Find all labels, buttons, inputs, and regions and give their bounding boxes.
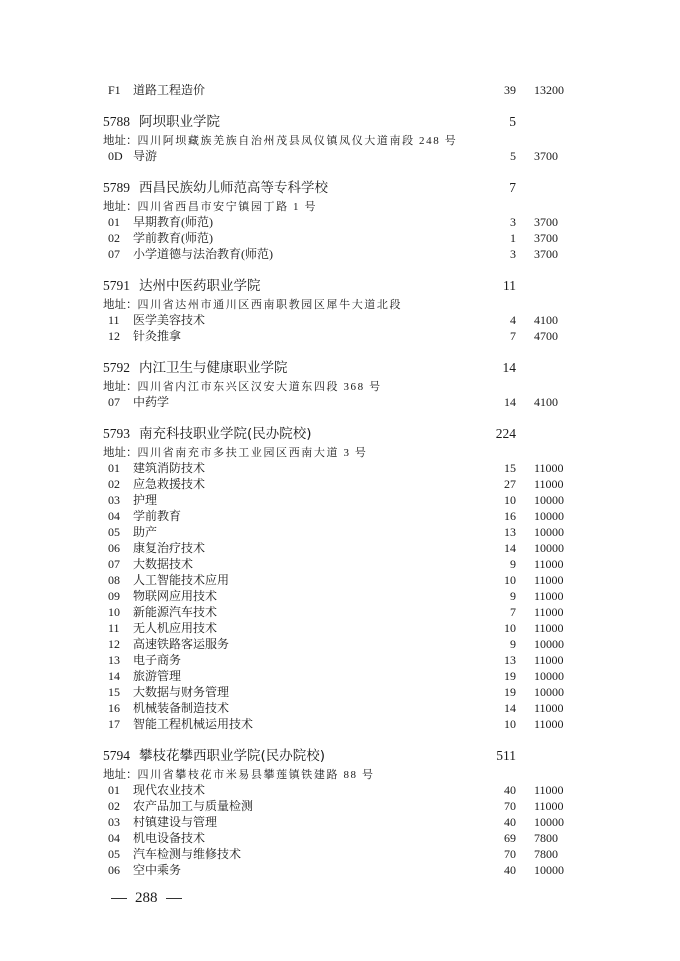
major-row: 03村镇建设与管理4010000 [103, 814, 583, 830]
major-code: 03 [108, 814, 120, 830]
major-name: 高速铁路客运服务 [133, 636, 229, 652]
address-text: 四川省南充市多扶工业园区西南大道 3 号 [138, 447, 368, 459]
major-name: 汽车检测与维修技术 [133, 846, 241, 862]
school-code: 5789 [103, 178, 130, 198]
school-name: 达州中医药职业学院 [139, 276, 261, 296]
major-name: 农产品加工与质量检测 [133, 798, 253, 814]
major-count: 19 [476, 684, 516, 700]
major-name: 中药学 [133, 394, 169, 410]
major-fee: 11000 [534, 716, 564, 732]
major-fee: 11000 [534, 476, 564, 492]
school-header: 5789西昌民族幼儿师范高等专科学校7 [103, 178, 583, 198]
school-block: 5788阿坝职业学院5地址：四川阿坝藏族羌族自治州茂县凤仪镇凤仪大道南段 248… [103, 112, 583, 164]
major-count: 14 [476, 394, 516, 410]
address-label: 地址： [103, 445, 138, 459]
page-footer: 288 [103, 890, 190, 907]
major-fee: 4100 [534, 312, 558, 328]
major-code: 07 [108, 246, 120, 262]
major-name: 护理 [133, 492, 157, 508]
major-fee: 10000 [534, 684, 564, 700]
major-count: 10 [476, 492, 516, 508]
major-fee: 10000 [534, 636, 564, 652]
major-name: 学前教育(师范) [133, 230, 213, 246]
school-header: 5792内江卫生与健康职业学院14 [103, 358, 583, 378]
major-count: 14 [476, 540, 516, 556]
major-count: 14 [476, 700, 516, 716]
major-code: 13 [108, 652, 120, 668]
major-count: 13 [476, 524, 516, 540]
school-address: 地址：四川省达州市通川区西南职教园区犀牛大道北段 [103, 296, 583, 312]
major-count: 5 [476, 148, 516, 164]
major-count: 9 [476, 556, 516, 572]
major-name: 人工智能技术应用 [133, 572, 229, 588]
major-code: 05 [108, 524, 120, 540]
address-text: 四川省攀枝花市米易县攀莲镇铁建路 88 号 [138, 769, 375, 781]
major-count: 9 [476, 588, 516, 604]
school-block: 5791达州中医药职业学院11地址：四川省达州市通川区西南职教园区犀牛大道北段1… [103, 276, 583, 344]
major-name: 学前教育 [133, 508, 181, 524]
major-count: 7 [476, 604, 516, 620]
major-code: 06 [108, 862, 120, 878]
major-row: 16机械装备制造技术1411000 [103, 700, 583, 716]
major-count: 10 [476, 716, 516, 732]
major-fee: 4700 [534, 328, 558, 344]
major-name: 空中乘务 [133, 862, 181, 878]
major-fee: 11000 [534, 782, 564, 798]
school-name: 西昌民族幼儿师范高等专科学校 [139, 178, 328, 198]
major-row: 01早期教育(师范)33700 [103, 214, 583, 230]
major-code: 15 [108, 684, 120, 700]
school-total: 14 [476, 358, 516, 378]
school-block: 5792内江卫生与健康职业学院14地址：四川省内江市东兴区汉安大道东四段 368… [103, 358, 583, 410]
major-fee: 3700 [534, 148, 558, 164]
school-address: 地址：四川省西昌市安宁镇园丁路 1 号 [103, 198, 583, 214]
major-count: 9 [476, 636, 516, 652]
major-code: 01 [108, 214, 120, 230]
major-fee: 10000 [534, 508, 564, 524]
major-name: 机械装备制造技术 [133, 700, 229, 716]
major-code: 02 [108, 476, 120, 492]
major-row: 09物联网应用技术911000 [103, 588, 583, 604]
major-name: 建筑消防技术 [133, 460, 205, 476]
major-code: 03 [108, 492, 120, 508]
major-count: 40 [476, 862, 516, 878]
major-fee: 10000 [534, 540, 564, 556]
major-code: 0D [108, 148, 123, 164]
major-name: 早期教育(师范) [133, 214, 213, 230]
school-block: 5793南充科技职业学院(民办院校)224地址：四川省南充市多扶工业园区西南大道… [103, 424, 583, 732]
major-count: 69 [476, 830, 516, 846]
major-row: 07小学道德与法治教育(师范)33700 [103, 246, 583, 262]
major-row: 14旅游管理1910000 [103, 668, 583, 684]
school-code: 5794 [103, 746, 130, 766]
major-count: 15 [476, 460, 516, 476]
major-code: 12 [108, 328, 120, 344]
school-address: 地址：四川省攀枝花市米易县攀莲镇铁建路 88 号 [103, 766, 583, 782]
address-label: 地址： [103, 297, 138, 311]
major-name: 智能工程机械运用技术 [133, 716, 253, 732]
major-count: 7 [476, 328, 516, 344]
major-code: 14 [108, 668, 120, 684]
major-fee: 10000 [534, 862, 564, 878]
major-code: 07 [108, 394, 120, 410]
enrollment-listing: F1道路工程造价39132005788阿坝职业学院5地址：四川阿坝藏族羌族自治州… [103, 82, 583, 878]
major-count: 4 [476, 312, 516, 328]
school-total: 7 [476, 178, 516, 198]
school-total: 511 [476, 746, 516, 766]
major-count: 70 [476, 798, 516, 814]
school-name: 南充科技职业学院(民办院校) [139, 424, 312, 444]
major-row: 02农产品加工与质量检测7011000 [103, 798, 583, 814]
major-name: 物联网应用技术 [133, 588, 217, 604]
major-row: 06康复治疗技术1410000 [103, 540, 583, 556]
address-label: 地址： [103, 767, 138, 781]
major-fee: 3700 [534, 230, 558, 246]
major-code: 04 [108, 830, 120, 846]
major-name: 机电设备技术 [133, 830, 205, 846]
major-fee: 4100 [534, 394, 558, 410]
major-fee: 11000 [534, 604, 564, 620]
major-fee: 3700 [534, 214, 558, 230]
major-fee: 7800 [534, 846, 558, 862]
major-code: 11 [108, 620, 120, 636]
major-row: 13电子商务1311000 [103, 652, 583, 668]
major-fee: 11000 [534, 556, 564, 572]
school-block: 5794攀枝花攀西职业学院(民办院校)511地址：四川省攀枝花市米易县攀莲镇铁建… [103, 746, 583, 878]
major-name: 新能源汽车技术 [133, 604, 217, 620]
major-fee: 10000 [534, 814, 564, 830]
address-label: 地址： [103, 199, 138, 213]
school-code: 5788 [103, 112, 130, 132]
major-fee: 13200 [534, 82, 564, 98]
major-fee: 10000 [534, 668, 564, 684]
major-count: 27 [476, 476, 516, 492]
major-count: 40 [476, 814, 516, 830]
major-fee: 11000 [534, 700, 564, 716]
school-total: 224 [476, 424, 516, 444]
major-row: 11医学美容技术44100 [103, 312, 583, 328]
major-row: 01建筑消防技术1511000 [103, 460, 583, 476]
major-fee: 11000 [534, 620, 564, 636]
school-block: F1道路工程造价3913200 [103, 82, 583, 98]
major-fee: 3700 [534, 246, 558, 262]
major-row: 07中药学144100 [103, 394, 583, 410]
school-header: 5791达州中医药职业学院11 [103, 276, 583, 296]
major-fee: 11000 [534, 798, 564, 814]
major-count: 1 [476, 230, 516, 246]
major-row: 06空中乘务4010000 [103, 862, 583, 878]
major-count: 19 [476, 668, 516, 684]
major-row: 12针灸推拿74700 [103, 328, 583, 344]
major-row: 11无人机应用技术1011000 [103, 620, 583, 636]
major-row: 04学前教育1610000 [103, 508, 583, 524]
major-count: 70 [476, 846, 516, 862]
major-row: 05助产1310000 [103, 524, 583, 540]
major-row: 15大数据与财务管理1910000 [103, 684, 583, 700]
address-text: 四川省西昌市安宁镇园丁路 1 号 [138, 201, 318, 213]
major-code: 08 [108, 572, 120, 588]
major-name: 应急救援技术 [133, 476, 205, 492]
school-address: 地址：四川阿坝藏族羌族自治州茂县凤仪镇凤仪大道南段 248 号 [103, 132, 583, 148]
major-code: F1 [108, 82, 121, 98]
major-fee: 7800 [534, 830, 558, 846]
school-name: 内江卫生与健康职业学院 [139, 358, 288, 378]
major-code: 02 [108, 230, 120, 246]
major-count: 10 [476, 572, 516, 588]
major-code: 05 [108, 846, 120, 862]
school-header: 5788阿坝职业学院5 [103, 112, 583, 132]
major-fee: 11000 [534, 588, 564, 604]
school-code: 5792 [103, 358, 130, 378]
major-count: 3 [476, 246, 516, 262]
major-row: 04机电设备技术697800 [103, 830, 583, 846]
major-code: 01 [108, 782, 120, 798]
school-code: 5793 [103, 424, 130, 444]
school-name: 阿坝职业学院 [139, 112, 220, 132]
school-total: 5 [476, 112, 516, 132]
address-text: 四川阿坝藏族羌族自治州茂县凤仪镇凤仪大道南段 248 号 [138, 135, 458, 147]
major-name: 导游 [133, 148, 157, 164]
major-count: 13 [476, 652, 516, 668]
major-code: 01 [108, 460, 120, 476]
major-row: 03护理1010000 [103, 492, 583, 508]
major-fee: 11000 [534, 652, 564, 668]
major-code: 16 [108, 700, 120, 716]
major-name: 医学美容技术 [133, 312, 205, 328]
major-row: 02应急救援技术2711000 [103, 476, 583, 492]
page-number: 288 [135, 890, 158, 906]
major-row: 0D导游53700 [103, 148, 583, 164]
major-name: 小学道德与法治教育(师范) [133, 246, 273, 262]
major-row: 01现代农业技术4011000 [103, 782, 583, 798]
school-address: 地址：四川省南充市多扶工业园区西南大道 3 号 [103, 444, 583, 460]
address-text: 四川省达州市通川区西南职教园区犀牛大道北段 [138, 299, 403, 311]
major-code: 02 [108, 798, 120, 814]
major-row: 10新能源汽车技术711000 [103, 604, 583, 620]
major-code: 06 [108, 540, 120, 556]
major-name: 现代农业技术 [133, 782, 205, 798]
major-code: 09 [108, 588, 120, 604]
major-row: 07大数据技术911000 [103, 556, 583, 572]
footer-dash-right [166, 898, 182, 899]
major-row: 08人工智能技术应用1011000 [103, 572, 583, 588]
major-code: 12 [108, 636, 120, 652]
school-total: 11 [476, 276, 516, 296]
major-name: 电子商务 [133, 652, 181, 668]
address-label: 地址： [103, 379, 138, 393]
major-row: 02学前教育(师范)13700 [103, 230, 583, 246]
school-header: 5793南充科技职业学院(民办院校)224 [103, 424, 583, 444]
major-count: 16 [476, 508, 516, 524]
major-name: 大数据技术 [133, 556, 193, 572]
major-code: 17 [108, 716, 120, 732]
major-name: 村镇建设与管理 [133, 814, 217, 830]
major-row: 12高速铁路客运服务910000 [103, 636, 583, 652]
document-page: F1道路工程造价39132005788阿坝职业学院5地址：四川阿坝藏族羌族自治州… [0, 0, 680, 961]
major-name: 助产 [133, 524, 157, 540]
major-fee: 11000 [534, 460, 564, 476]
major-name: 旅游管理 [133, 668, 181, 684]
major-row: 17智能工程机械运用技术1011000 [103, 716, 583, 732]
school-address: 地址：四川省内江市东兴区汉安大道东四段 368 号 [103, 378, 583, 394]
major-code: 04 [108, 508, 120, 524]
major-fee: 10000 [534, 492, 564, 508]
major-name: 道路工程造价 [133, 82, 205, 98]
footer-dash-left [111, 898, 127, 899]
major-row: F1道路工程造价3913200 [103, 82, 583, 98]
major-code: 11 [108, 312, 120, 328]
major-name: 大数据与财务管理 [133, 684, 229, 700]
school-name: 攀枝花攀西职业学院(民办院校) [139, 746, 325, 766]
major-row: 05汽车检测与维修技术707800 [103, 846, 583, 862]
major-fee: 10000 [534, 524, 564, 540]
major-code: 10 [108, 604, 120, 620]
school-header: 5794攀枝花攀西职业学院(民办院校)511 [103, 746, 583, 766]
address-label: 地址： [103, 133, 138, 147]
school-code: 5791 [103, 276, 130, 296]
major-fee: 11000 [534, 572, 564, 588]
major-count: 40 [476, 782, 516, 798]
major-name: 无人机应用技术 [133, 620, 217, 636]
major-count: 3 [476, 214, 516, 230]
major-name: 康复治疗技术 [133, 540, 205, 556]
address-text: 四川省内江市东兴区汉安大道东四段 368 号 [138, 381, 382, 393]
major-name: 针灸推拿 [133, 328, 181, 344]
major-code: 07 [108, 556, 120, 572]
major-count: 10 [476, 620, 516, 636]
major-count: 39 [476, 82, 516, 98]
school-block: 5789西昌民族幼儿师范高等专科学校7地址：四川省西昌市安宁镇园丁路 1 号01… [103, 178, 583, 262]
